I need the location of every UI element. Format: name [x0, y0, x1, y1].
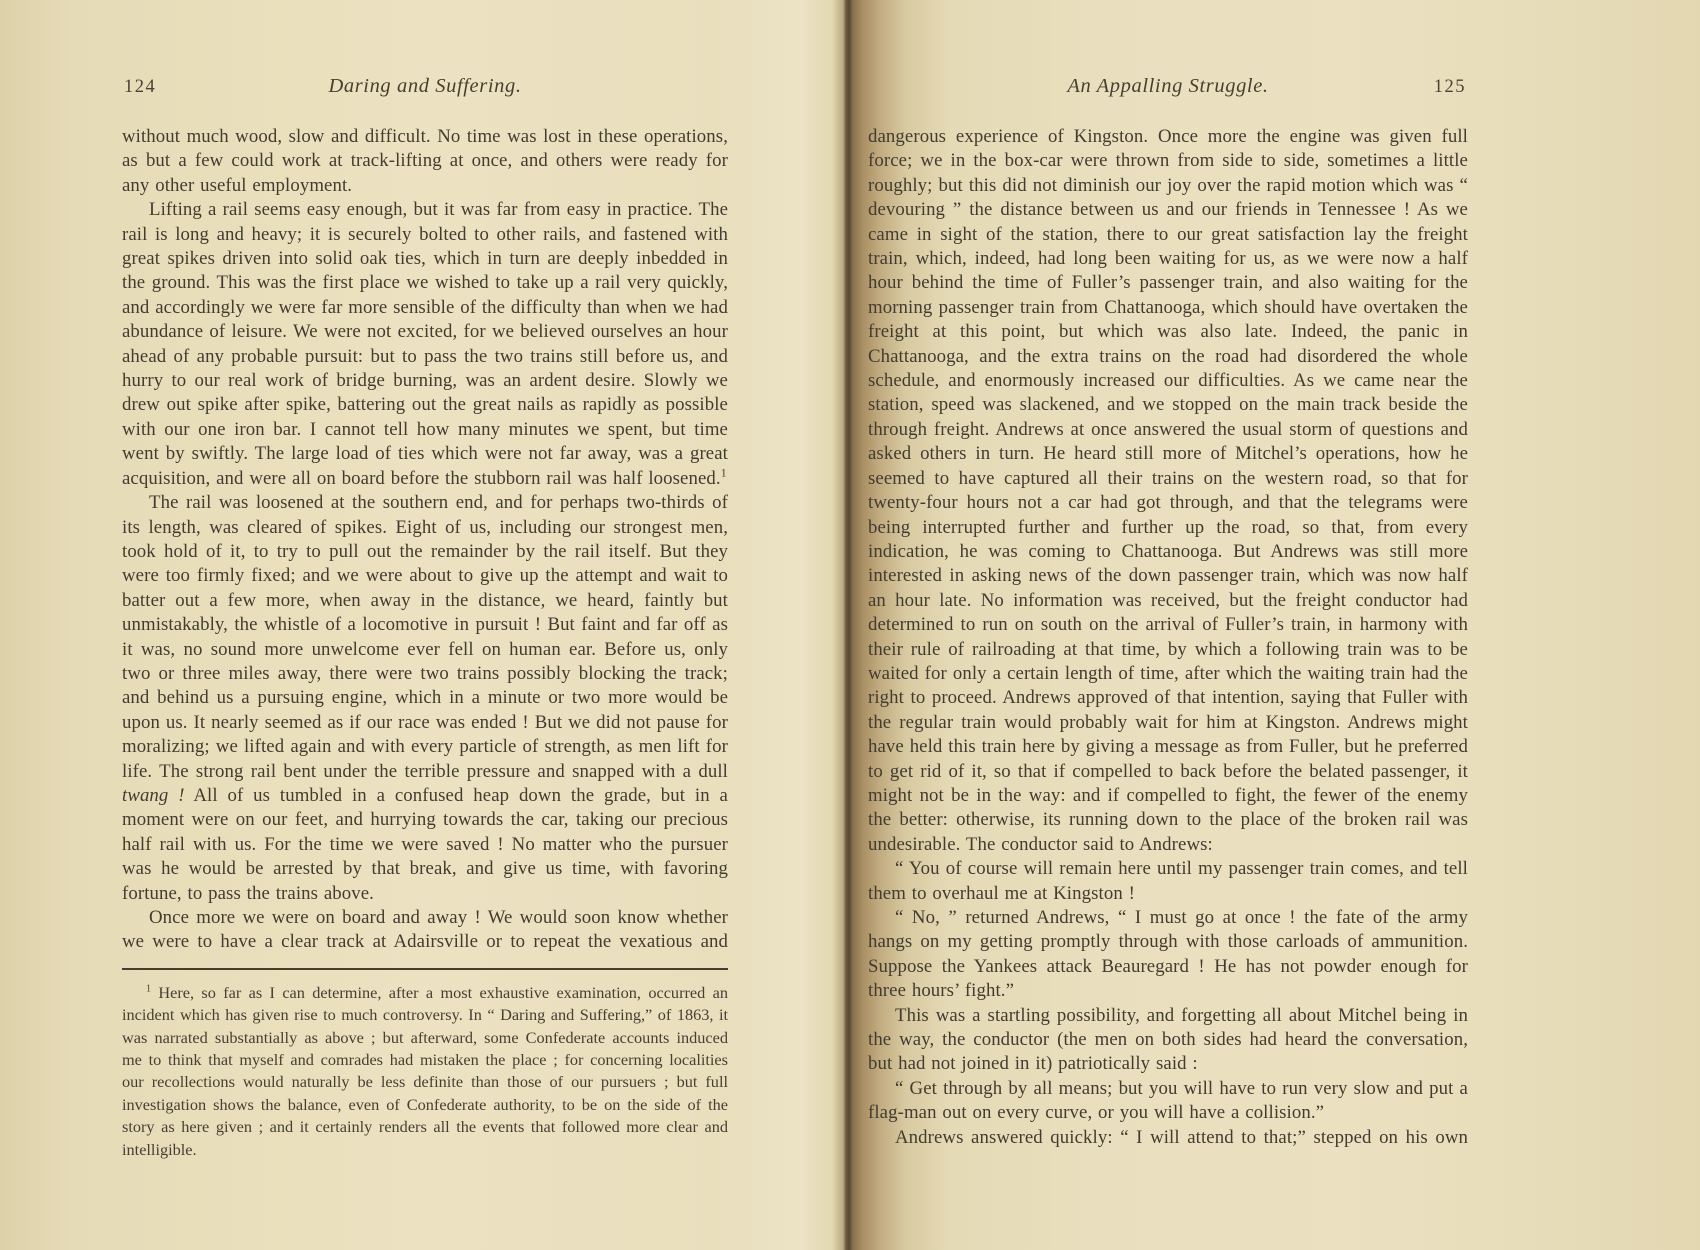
- paragraph-text: without much wood, slow and difficult. N…: [122, 126, 728, 196]
- paragraph: Lifting a rail seems easy enough, but it…: [122, 198, 728, 491]
- left-page-header: 124 Daring and Suffering.: [122, 74, 728, 98]
- left-page: 124 Daring and Suffering. without much w…: [122, 74, 728, 1161]
- paragraph-text: Once more we were on board and away ! We…: [122, 907, 728, 952]
- paragraph: Once more we were on board and away ! We…: [122, 906, 728, 955]
- paragraph: The rail was loosened at the southern en…: [122, 491, 728, 906]
- left-page-number: 124: [124, 75, 156, 99]
- book-spread: 124 Daring and Suffering. without much w…: [0, 0, 1700, 1250]
- right-running-title: An Appalling Struggle.: [1067, 75, 1268, 97]
- paragraph-text: Andrews answered quickly: “ I will atten…: [895, 1127, 1468, 1148]
- right-page: An Appalling Struggle. 125 dangerous exp…: [868, 74, 1468, 1150]
- paragraph-text: “ Get through by all means; but you will…: [868, 1078, 1468, 1123]
- paragraph-text: “ You of course will remain here until m…: [868, 858, 1468, 903]
- paragraph: This was a startling possibility, and fo…: [868, 1004, 1468, 1077]
- left-page-body: without much wood, slow and difficult. N…: [122, 125, 728, 955]
- paragraph-text: dangerous experience of Kingston. Once m…: [868, 126, 1468, 855]
- paragraph-text: Lifting a rail seems easy enough, but it…: [122, 199, 728, 488]
- paragraph-text: All of us tumbled in a confused heap dow…: [122, 785, 728, 904]
- italic-word: twang !: [122, 785, 185, 806]
- paragraph-text: The rail was loosened at the southern en…: [122, 492, 728, 781]
- paragraph-text: “ No, ” returned Andrews, “ I must go at…: [868, 907, 1468, 1001]
- footnote-rule: [122, 968, 728, 970]
- paragraph-continuation: without much wood, slow and difficult. N…: [122, 125, 728, 198]
- footnote-reference-mark: 1: [721, 466, 727, 479]
- right-page-number: 125: [1434, 75, 1466, 99]
- footnote-text: 1 Here, so far as I can determine, after…: [122, 982, 728, 1161]
- paragraph: Andrews answered quickly: “ I will atten…: [868, 1126, 1468, 1150]
- paragraph-continuation: dangerous experience of Kingston. Once m…: [868, 125, 1468, 857]
- paragraph-dialogue: “ No, ” returned Andrews, “ I must go at…: [868, 906, 1468, 1004]
- footnote-body: Here, so far as I can determine, after a…: [122, 983, 728, 1159]
- paragraph-text: This was a startling possibility, and fo…: [868, 1005, 1468, 1075]
- right-page-header: An Appalling Struggle. 125: [868, 74, 1468, 98]
- footnote-block: 1 Here, so far as I can determine, after…: [122, 968, 728, 1161]
- paragraph-dialogue: “ Get through by all means; but you will…: [868, 1077, 1468, 1126]
- paragraph-dialogue: “ You of course will remain here until m…: [868, 857, 1468, 906]
- right-page-body: dangerous experience of Kingston. Once m…: [868, 125, 1468, 1150]
- left-running-title: Daring and Suffering.: [328, 75, 521, 97]
